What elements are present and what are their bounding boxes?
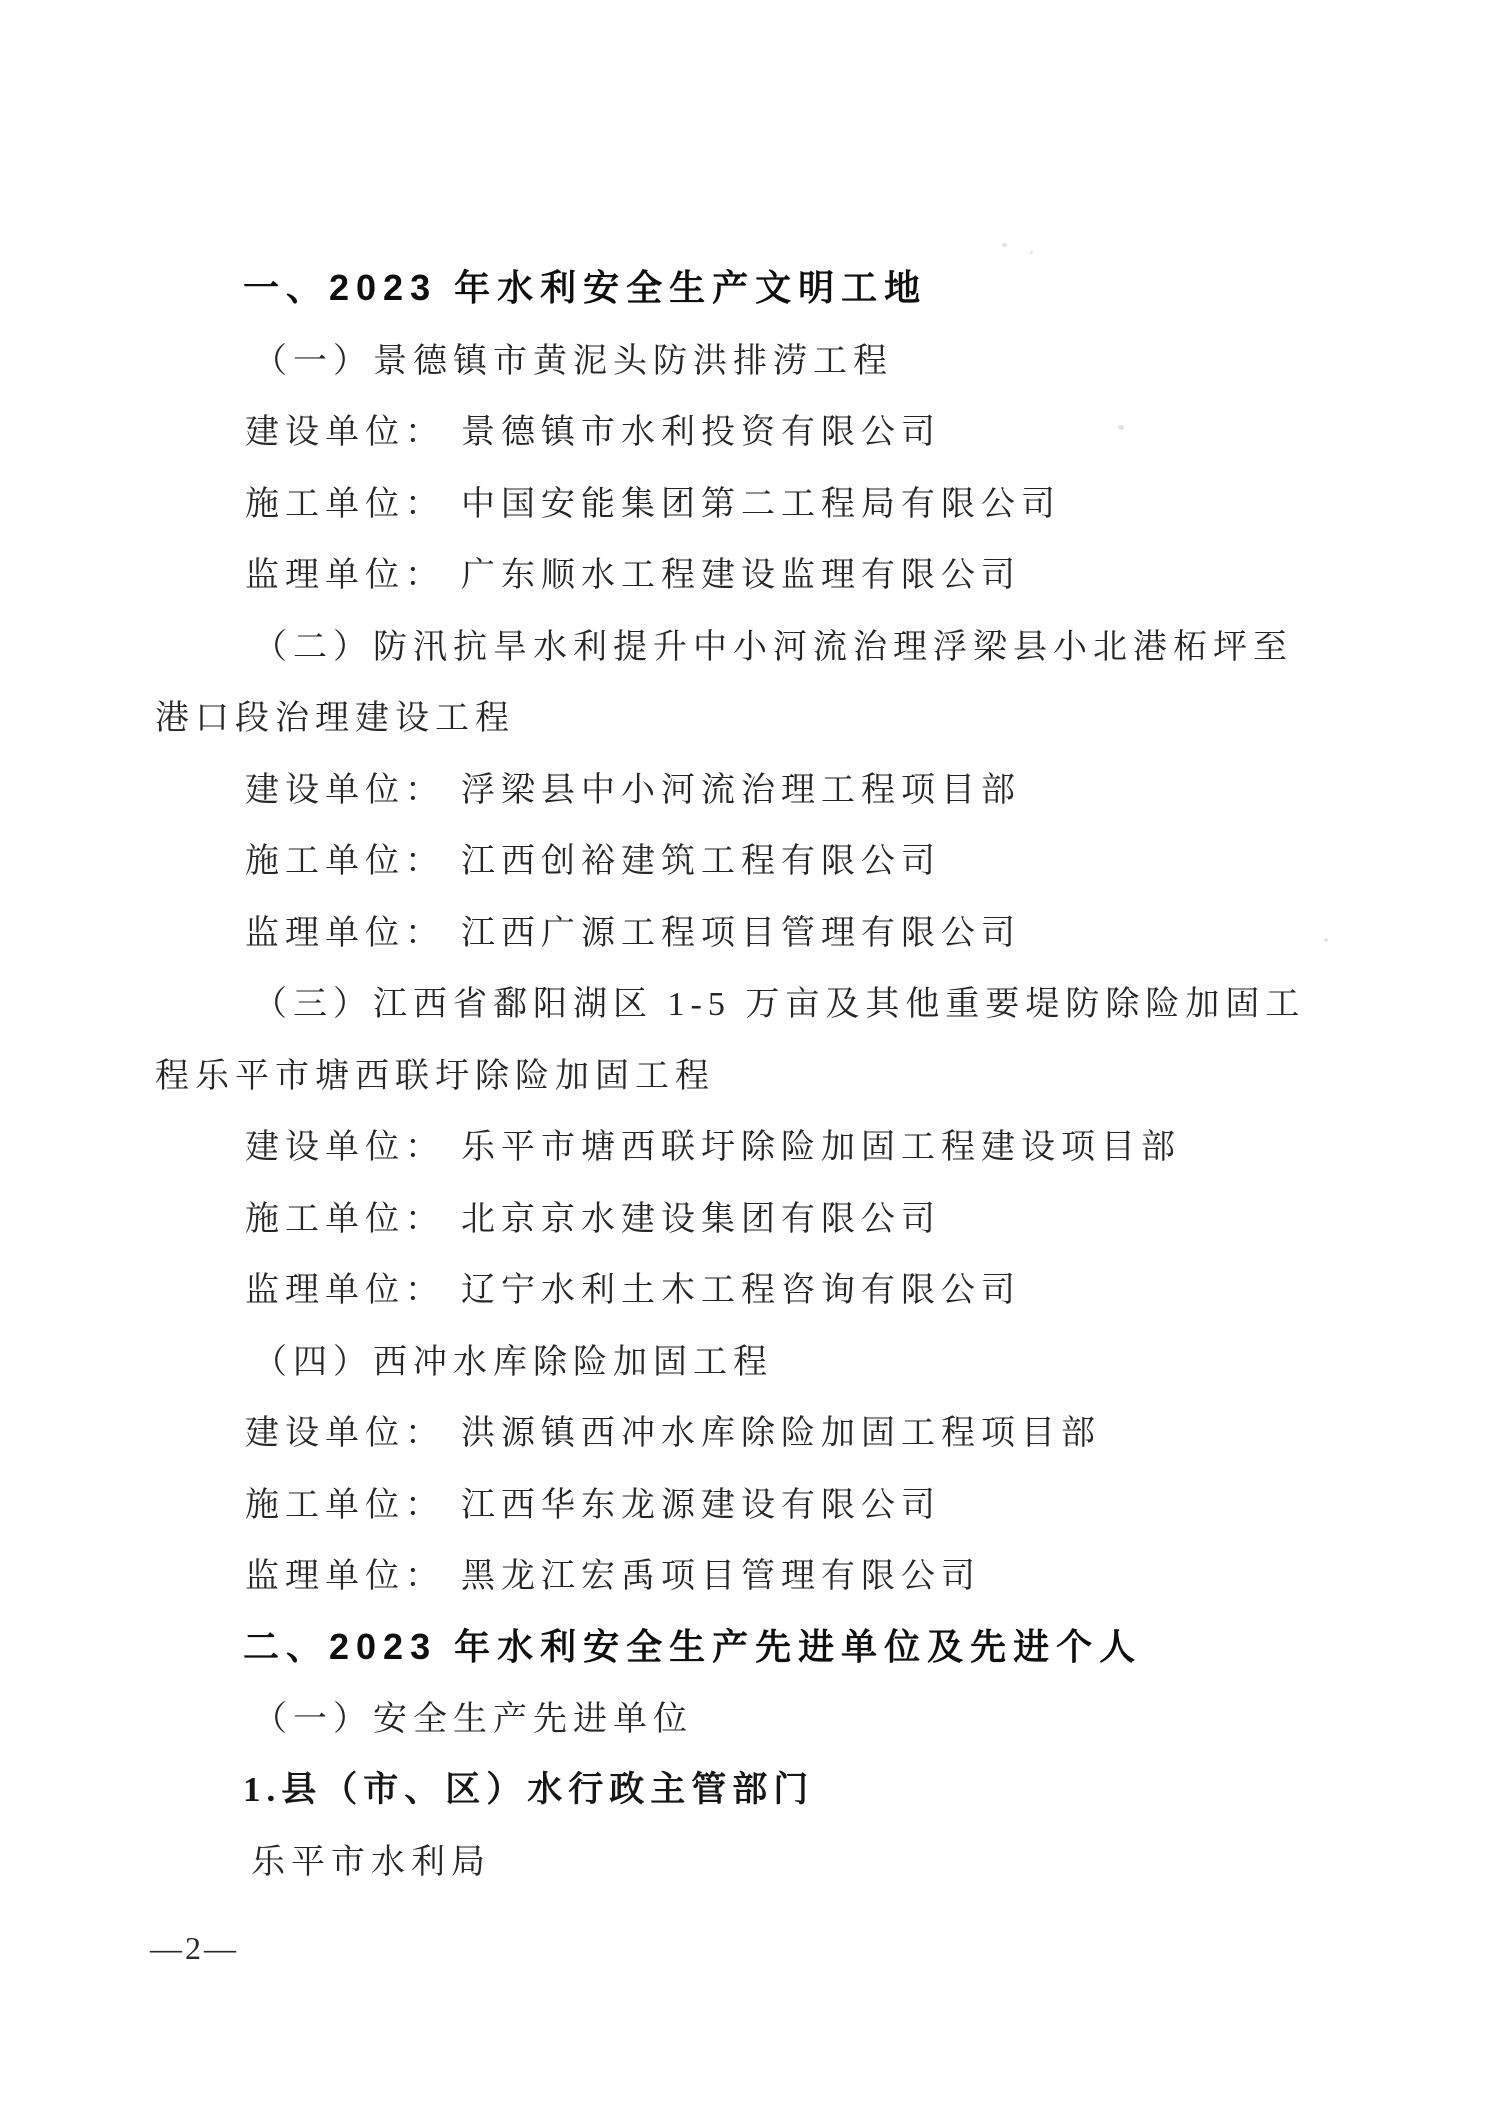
scan-speck: [1324, 938, 1328, 942]
field-value: 广东顺水工程建设监理有限公司: [461, 547, 1021, 596]
field-builder-unit: 施工单位：北京京水建设集团有限公司: [155, 1180, 1350, 1252]
project-item-1: （一）景德镇市黄泥头防洪排涝工程: [155, 322, 1350, 394]
scan-speck: [1030, 251, 1033, 254]
field-builder-unit: 施工单位：江西华东龙源建设有限公司: [155, 1466, 1350, 1538]
field-construction-unit: 建设单位：洪源镇西冲水库除险加固工程项目部: [155, 1394, 1350, 1466]
field-label: 监理单位：: [245, 547, 445, 596]
project-item-3-continuation: 程乐平市塘西联圩除险加固工程: [155, 1037, 1350, 1109]
field-builder-unit: 施工单位：江西创裕建筑工程有限公司: [155, 822, 1350, 894]
scan-speck: [1118, 425, 1124, 430]
field-label: 施工单位：: [245, 833, 445, 882]
field-value: 江西创裕建筑工程有限公司: [461, 833, 941, 882]
field-label: 监理单位：: [245, 905, 445, 954]
field-label: 监理单位：: [245, 1548, 445, 1597]
field-value: 景德镇市水利投资有限公司: [461, 404, 941, 453]
field-value: 洪源镇西冲水库除险加固工程项目部: [461, 1405, 1101, 1454]
field-label: 建设单位：: [245, 1405, 445, 1454]
project-item-2-continuation: 港口段治理建设工程: [155, 679, 1350, 751]
field-label: 施工单位：: [245, 476, 445, 525]
document-page: 一、2023 年水利安全生产文明工地（一）景德镇市黄泥头防洪排涝工程建设单位：景…: [0, 0, 1488, 2104]
field-supervision-unit: 监理单位：江西广源工程项目管理有限公司: [155, 894, 1350, 966]
page-number: —2—: [150, 1930, 239, 1967]
field-label: 建设单位：: [245, 1119, 445, 1168]
field-construction-unit: 建设单位：景德镇市水利投资有限公司: [155, 393, 1350, 465]
field-value: 北京京水建设集团有限公司: [461, 1191, 941, 1240]
awardee-name: 乐平市水利局: [155, 1823, 1350, 1895]
field-label: 建设单位：: [245, 762, 445, 811]
field-label: 建设单位：: [245, 404, 445, 453]
field-supervision-unit: 监理单位：黑龙江宏禹项目管理有限公司: [155, 1537, 1350, 1609]
document-body: 一、2023 年水利安全生产文明工地（一）景德镇市黄泥头防洪排涝工程建设单位：景…: [155, 250, 1350, 1895]
field-label: 施工单位：: [245, 1191, 445, 1240]
scan-speck: [1002, 243, 1007, 247]
field-value: 乐平市塘西联圩除险加固工程建设项目部: [461, 1119, 1181, 1168]
field-supervision-unit: 监理单位：辽宁水利土木工程咨询有限公司: [155, 1251, 1350, 1323]
project-item-4: （四）西冲水库除险加固工程: [155, 1323, 1350, 1395]
field-supervision-unit: 监理单位：广东顺水工程建设监理有限公司: [155, 536, 1350, 608]
section-heading-2: 二、2023 年水利安全生产先进单位及先进个人: [155, 1609, 1350, 1681]
field-value: 中国安能集团第二工程局有限公司: [461, 476, 1061, 525]
field-label: 施工单位：: [245, 1477, 445, 1526]
numbered-subheading-1: 1.县（市、区）水行政主管部门: [155, 1752, 1350, 1824]
field-value: 江西广源工程项目管理有限公司: [461, 905, 1021, 954]
project-item-2: （二）防汛抗旱水利提升中小河流治理浮梁县小北港柘坪至: [155, 608, 1350, 680]
field-label: 监理单位：: [245, 1262, 445, 1311]
field-construction-unit: 建设单位：乐平市塘西联圩除险加固工程建设项目部: [155, 1108, 1350, 1180]
field-value: 浮梁县中小河流治理工程项目部: [461, 762, 1021, 811]
field-value: 江西华东龙源建设有限公司: [461, 1477, 941, 1526]
project-item-3: （三）江西省鄱阳湖区 1-5 万亩及其他重要堤防除险加固工: [155, 965, 1350, 1037]
field-value: 黑龙江宏禹项目管理有限公司: [461, 1548, 981, 1597]
field-builder-unit: 施工单位：中国安能集团第二工程局有限公司: [155, 465, 1350, 537]
section-heading-1: 一、2023 年水利安全生产文明工地: [155, 250, 1350, 322]
field-construction-unit: 建设单位：浮梁县中小河流治理工程项目部: [155, 751, 1350, 823]
subsection-item-1: （一）安全生产先进单位: [155, 1680, 1350, 1752]
field-value: 辽宁水利土木工程咨询有限公司: [461, 1262, 1021, 1311]
